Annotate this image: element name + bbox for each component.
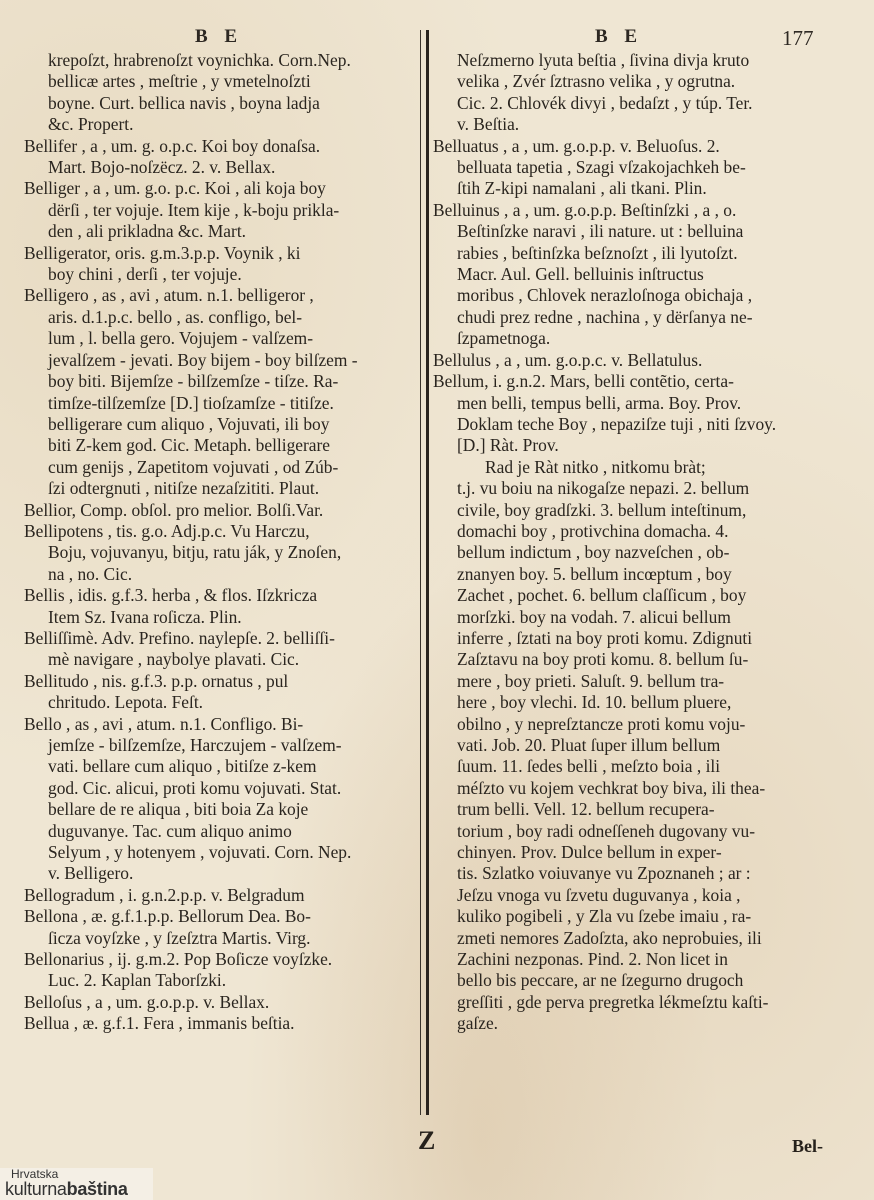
entry-line: Rad je Ràt nitko , nitkomu bràt; <box>433 457 829 478</box>
column-divider <box>420 30 429 1115</box>
entry-headword-line: Bellitudo , nis. g.f.3. p.p. ornatus , p… <box>24 671 420 692</box>
entry-line: civile, boy gradſzki. 3. bellum inteſtin… <box>433 500 829 521</box>
entry-line: [D.] Ràt. Prov. <box>433 435 829 456</box>
watermark-line2: kulturnabaština <box>5 1179 128 1199</box>
entry-line: chudi prez redne , nachina , y dërſanya … <box>433 307 829 328</box>
entry-line: duguvanye. Tac. cum aliquo animo <box>24 821 420 842</box>
running-head-right: B E <box>595 26 643 48</box>
right-column: Neſzmerno lyuta beſtia , ſivina divja kr… <box>433 50 829 1035</box>
watermark-logo: Hrvatska kulturnabaština <box>0 1168 153 1200</box>
entry-headword-line: Belliſſimè. Adv. Prefino. naylepſe. 2. b… <box>24 628 420 649</box>
entry-line: jevalſzem - jevati. Boy bijem - boy bilſ… <box>24 350 420 371</box>
entry-line: tis. Szlatko voiuvanye vu Zpoznaneh ; ar… <box>433 863 829 884</box>
entry-headword-line: Bellior, Comp. obſol. pro melior. Bolſi.… <box>24 500 420 521</box>
entry-headword-line: Bellulus , a , um. g.o.p.c. v. Bellatulu… <box>433 350 829 371</box>
signature-mark: Z <box>418 1126 435 1156</box>
entry-line: Item Sz. Ivana roſicza. Plin. <box>24 607 420 628</box>
entry-line: inferre , ſztati na boy proti komu. Zdig… <box>433 628 829 649</box>
entry-line: v. Beſtia. <box>433 114 829 135</box>
entry-line: here , boy vlechi. Id. 10. bellum pluere… <box>433 692 829 713</box>
entry-headword-line: Bellona , æ. g.f.1.p.p. Bellorum Dea. Bo… <box>24 906 420 927</box>
entry-line: greſſiti , gde perva pregretka lékmeſztu… <box>433 992 829 1013</box>
entry-line: rabies , beſtinſzka beſznoſzt , ili lyut… <box>433 243 829 264</box>
entry-line: cum genijs , Zapetitom vojuvati , od Zúb… <box>24 457 420 478</box>
entry-line: Boju, vojuvanyu, bitju, ratu ják, y Znoſ… <box>24 542 420 563</box>
entry-headword-line: Bellifer , a , um. g. o.p.c. Koi boy don… <box>24 136 420 157</box>
entry-line: gaſze. <box>433 1013 829 1034</box>
entry-headword-line: Bellua , æ. g.f.1. Fera , immanis beſtia… <box>24 1013 420 1034</box>
left-column: krepoſzt, hrabrenoſzt voynichka. Corn.Ne… <box>24 50 420 1035</box>
entry-line: Beſtinſzke naravi , ili nature. ut : bel… <box>433 221 829 242</box>
catchword: Bel- <box>792 1136 823 1157</box>
entry-line: Jeſzu vnoga vu ſzvetu duguvanya , koia , <box>433 885 829 906</box>
entry-headword-line: Belluinus , a , um. g.o.p.p. Beſtinſzki … <box>433 200 829 221</box>
entry-headword-line: Belliger , a , um. g.o. p.c. Koi , ali k… <box>24 178 420 199</box>
entry-line: Luc. 2. Kaplan Taborſzki. <box>24 970 420 991</box>
entry-line: domachi boy , protivchina domacha. 4. <box>433 521 829 542</box>
entry-headword-line: Belligerator, oris. g.m.3.p.p. Voynik , … <box>24 243 420 264</box>
entry-headword-line: Belligero , as , avi , atum. n.1. bellig… <box>24 285 420 306</box>
entry-line: velika , Zvér ſztrasno velika , y ogrutn… <box>433 71 829 92</box>
entry-line: lum , l. bella gero. Vojujem - valſzem- <box>24 328 420 349</box>
entry-line: méſzto vu kojem vechkrat boy biva, ili t… <box>433 778 829 799</box>
entry-line: mere , boy prieti. Saluſt. 9. bellum tra… <box>433 671 829 692</box>
entry-headword-line: Bellogradum , i. g.n.2.p.p. v. Belgradum <box>24 885 420 906</box>
entry-line: biti Z-kem god. Cic. Metaph. belligerare <box>24 435 420 456</box>
entry-line: Zachini nezponas. Pind. 2. Non licet in <box>433 949 829 970</box>
entry-line: chinyen. Prov. Dulce bellum in exper- <box>433 842 829 863</box>
running-head-left: B E <box>195 26 243 48</box>
entry-line: vati. bellare cum aliquo , bitiſze z-kem <box>24 756 420 777</box>
entry-line: men belli, tempus belli, arma. Boy. Prov… <box>433 393 829 414</box>
entry-line: zmeti nemores Zadoſzta, ako neprobuies, … <box>433 928 829 949</box>
dictionary-page: B E B E 177 krepoſzt, hrabrenoſzt voynic… <box>0 0 874 1200</box>
entry-line: morſzki. boy na vodah. 7. alicui bellum <box>433 607 829 628</box>
entry-line: ſtih Z-kipi namalani , ali tkani. Plin. <box>433 178 829 199</box>
entry-line: jemſze - bilſzemſze, Harczujem - valſzem… <box>24 735 420 756</box>
entry-line: ſzi odtergnuti , nitiſze nezaſzititi. Pl… <box>24 478 420 499</box>
entry-line: Selyum , y hotenyem , vojuvati. Corn. Ne… <box>24 842 420 863</box>
watermark-regular: kulturna <box>5 1179 67 1199</box>
entry-headword-line: Bellum, i. g.n.2. Mars, belli contẽtio, … <box>433 371 829 392</box>
entry-line: god. Cic. alicui, proti komu vojuvati. S… <box>24 778 420 799</box>
entry-line: moribus , Chlovek nerazloſnoga obichaja … <box>433 285 829 306</box>
entry-line: den , ali prikladna &c. Mart. <box>24 221 420 242</box>
entry-headword-line: Bellis , idis. g.f.3. herba , & flos. Iſ… <box>24 585 420 606</box>
entry-headword-line: Bello , as , avi , atum. n.1. Confligo. … <box>24 714 420 735</box>
entry-headword-line: Bellonarius , ij. g.m.2. Pop Boſicze voy… <box>24 949 420 970</box>
entry-line: &c. Propert. <box>24 114 420 135</box>
entry-line: trum belli. Vell. 12. bellum recupera- <box>433 799 829 820</box>
entry-line: kuliko pogibeli , y Zla vu ſzebe imaiu ,… <box>433 906 829 927</box>
watermark-bold: baština <box>67 1179 128 1199</box>
entry-line: znanyen boy. 5. bellum incœptum , boy <box>433 564 829 585</box>
entry-line: vati. Job. 20. Pluat ſuper illum bellum <box>433 735 829 756</box>
entry-line: bellare de re aliqua , biti boia Za koje <box>24 799 420 820</box>
entry-line: bello bis peccare, ar ne ſzegurno drugoc… <box>433 970 829 991</box>
page-number: 177 <box>782 26 814 51</box>
entry-line: Zachet , pochet. 6. bellum claſſicum , b… <box>433 585 829 606</box>
entry-line: chritudo. Lepota. Feſt. <box>24 692 420 713</box>
entry-line: Cic. 2. Chlovék divyi , bedaſzt , y túp.… <box>433 93 829 114</box>
entry-line: t.j. vu boiu na nikogaſze nepazi. 2. bel… <box>433 478 829 499</box>
entry-line: bellicæ artes , meſtrie , y vmetelnoſzti <box>24 71 420 92</box>
entry-line: dërſi , ter vojuje. Item kije , k-boju p… <box>24 200 420 221</box>
entry-headword-line: Bellipotens , tis. g.o. Adj.p.c. Vu Harc… <box>24 521 420 542</box>
entry-line: krepoſzt, hrabrenoſzt voynichka. Corn.Ne… <box>24 50 420 71</box>
entry-line: boy chini , derſi , ter vojuje. <box>24 264 420 285</box>
entry-line: boyne. Curt. bellica navis , boyna ladja <box>24 93 420 114</box>
entry-line: bellum indictum , boy nazveſchen , ob- <box>433 542 829 563</box>
entry-line: Mart. Bojo-noſzëcz. 2. v. Bellax. <box>24 157 420 178</box>
entry-line: na , no. Cic. <box>24 564 420 585</box>
entry-line: ſzpametnoga. <box>433 328 829 349</box>
entry-headword-line: Belluatus , a , um. g.o.p.p. v. Beluoſus… <box>433 136 829 157</box>
entry-line: timſze-tilſzemſze [D.] tioſzamſze - titi… <box>24 393 420 414</box>
entry-line: Neſzmerno lyuta beſtia , ſivina divja kr… <box>433 50 829 71</box>
entry-line: Macr. Aul. Gell. belluinis inſtructus <box>433 264 829 285</box>
entry-line: belluata tapetia , Szagi vſzakojachkeh b… <box>433 157 829 178</box>
entry-line: v. Belligero. <box>24 863 420 884</box>
entry-headword-line: Belloſus , a , um. g.o.p.p. v. Bellax. <box>24 992 420 1013</box>
entry-line: aris. d.1.p.c. bello , as. confligo, bel… <box>24 307 420 328</box>
entry-line: Zaſztavu na boy proti komu. 8. bellum ſu… <box>433 649 829 670</box>
entry-line: ſicza voyſzke , y ſzeſztra Martis. Virg. <box>24 928 420 949</box>
entry-line: torium , boy radi odneſſeneh dugovany vu… <box>433 821 829 842</box>
entry-line: obilno , y nepreſztancze proti komu voju… <box>433 714 829 735</box>
entry-line: belligerare cum aliquo , Vojuvati, ili b… <box>24 414 420 435</box>
entry-line: ſuum. 11. ſedes belli , meſzto boia , il… <box>433 756 829 777</box>
entry-line: mè navigare , naybolye plavati. Cic. <box>24 649 420 670</box>
entry-line: boy biti. Bijemſze - bilſzemſze - tiſze.… <box>24 371 420 392</box>
entry-line: Doklam teche Boy , nepaziſze tuji , niti… <box>433 414 829 435</box>
